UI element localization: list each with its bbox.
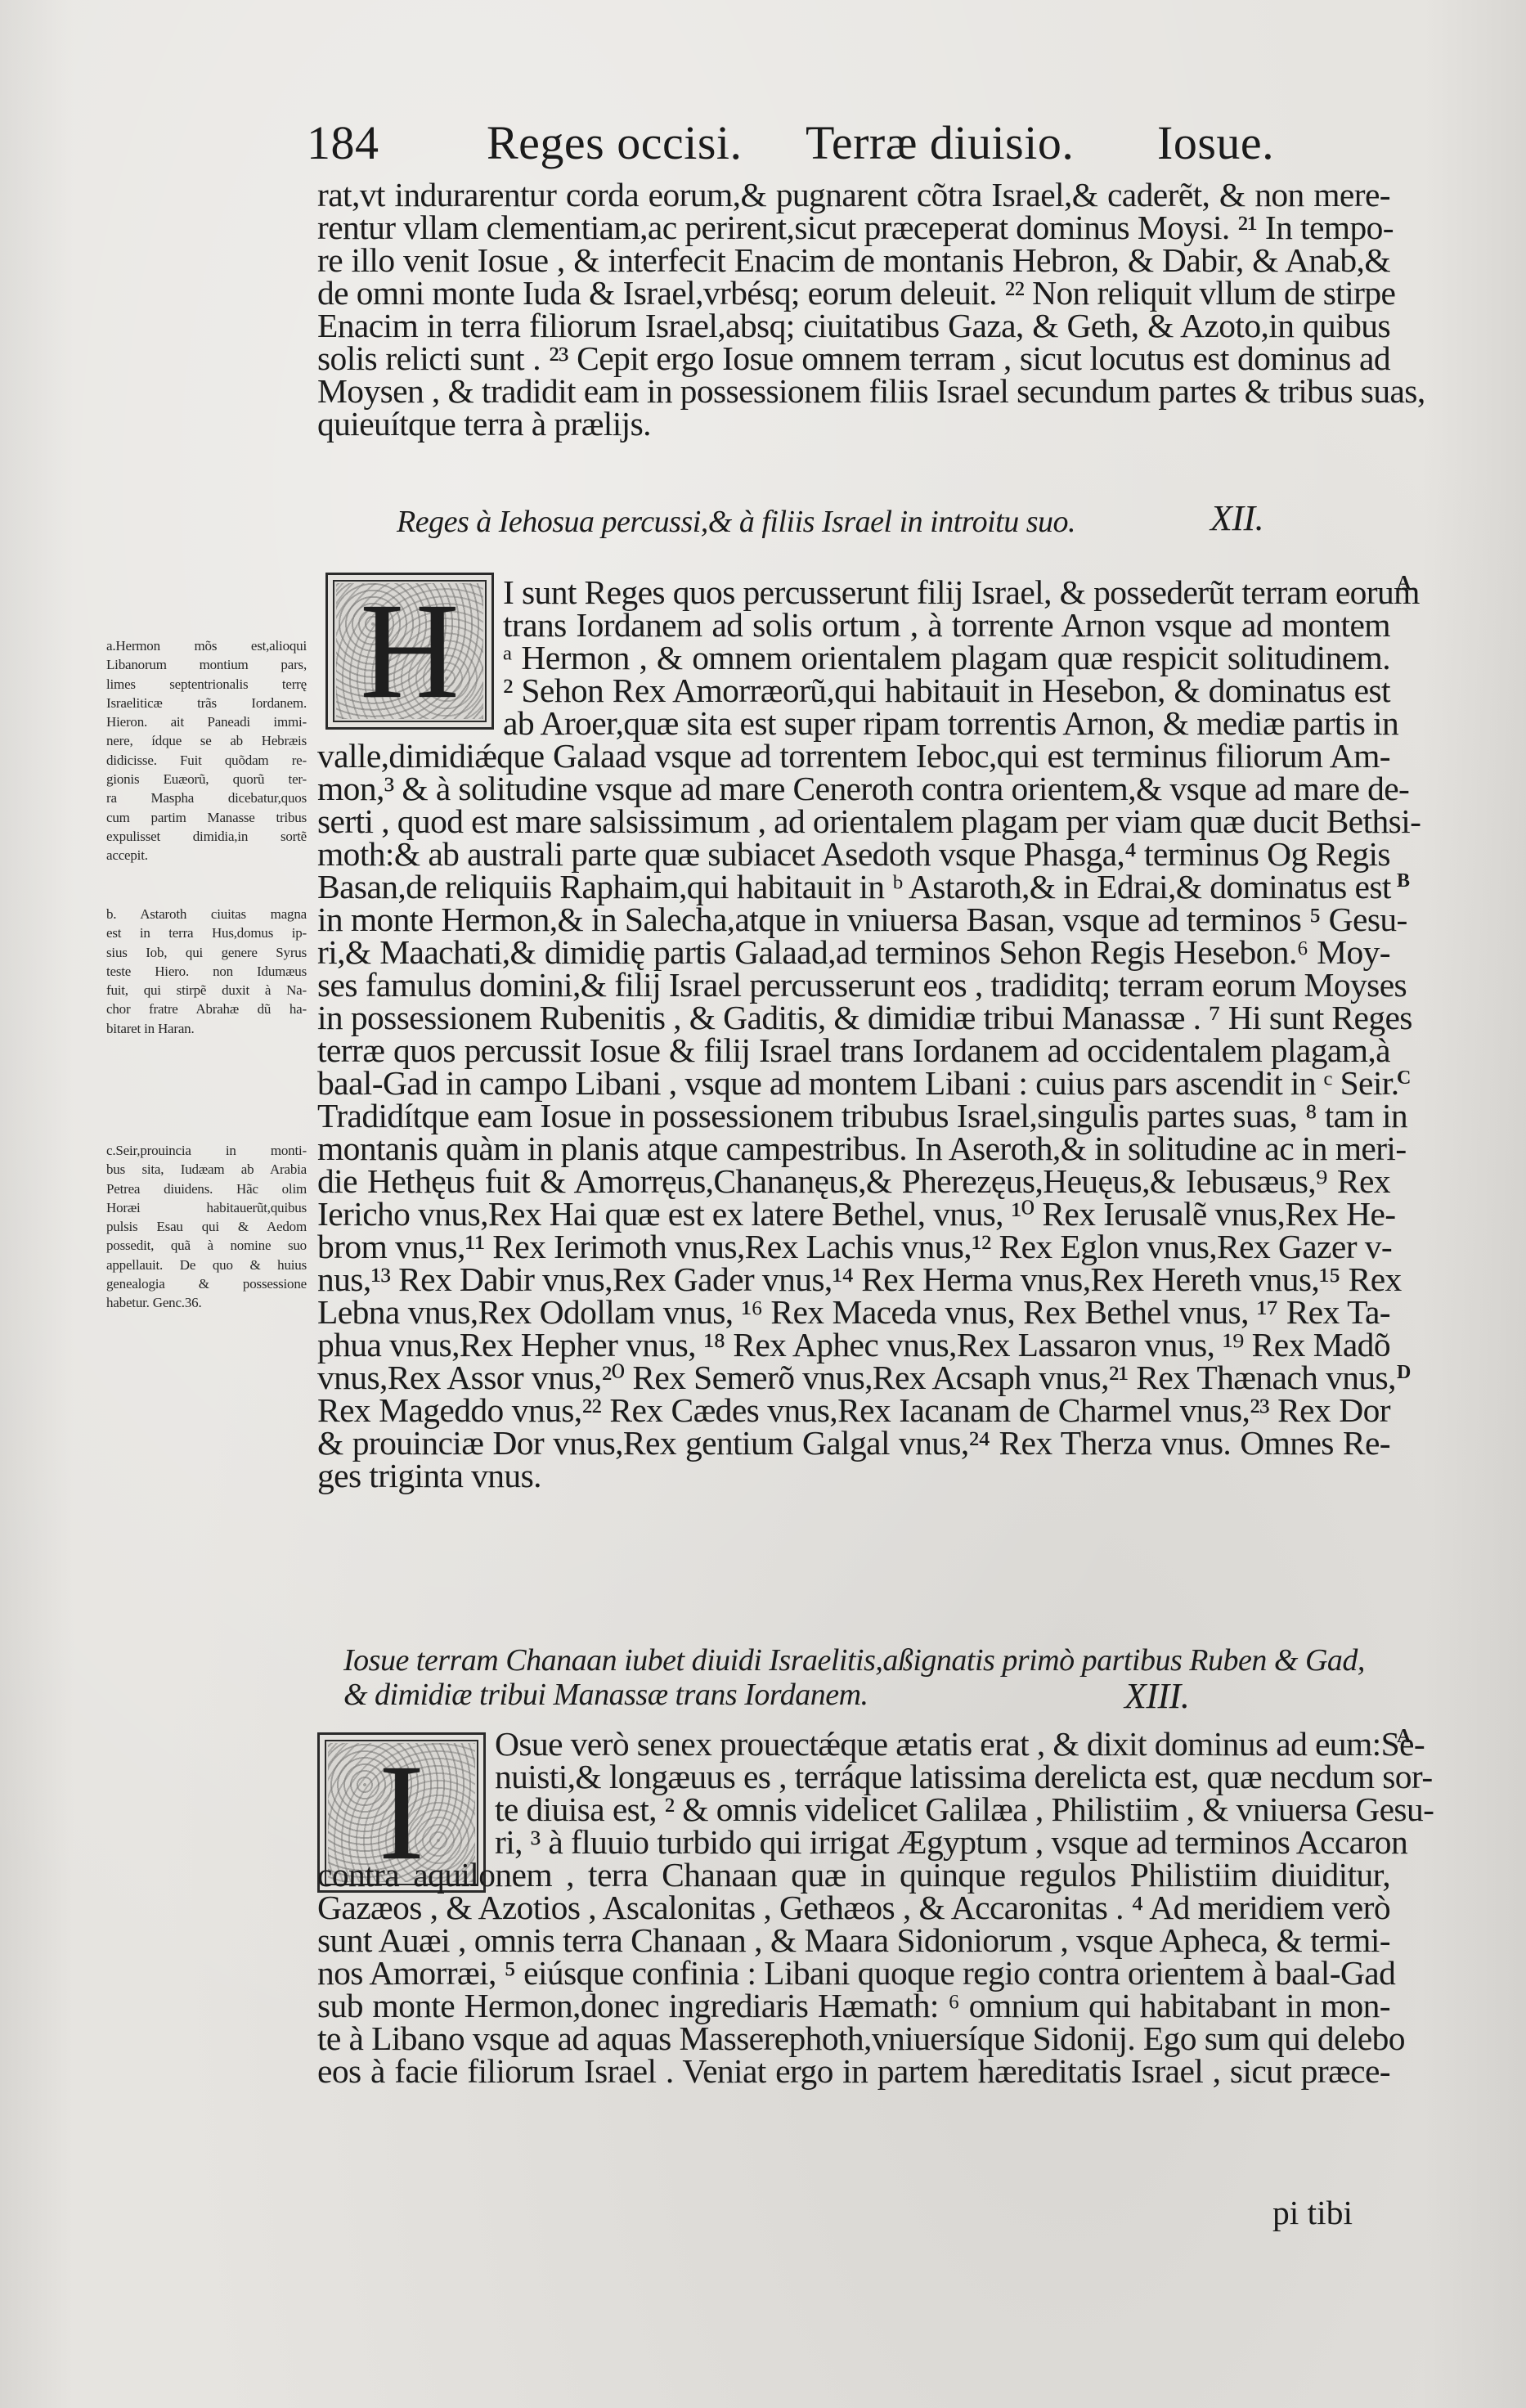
- text-line: in monte Hermon,& in Salecha,atque in vn…: [317, 903, 1390, 936]
- chapter-13-summary-line-1: Iosue terram Chanaan iubet diuidi Israel…: [343, 1644, 1365, 1677]
- text-line: nus,¹³ Rex Dabir vnus,Rex Gader vnus,¹⁴ …: [317, 1263, 1390, 1296]
- text-line: ² Sehon Rex Amorræorũ,qui habitauit in H…: [503, 674, 1390, 707]
- note-line: Horæi habitauerũt,quibus: [106, 1198, 307, 1217]
- margin-note-c: c.Seir,prouincia in monti- bus sita, Iud…: [106, 1141, 307, 1313]
- note-line: chor fratre Abrahæ dũ ha-: [106, 1000, 307, 1018]
- catchword: pi tibi: [1272, 2196, 1353, 2229]
- text-line: contra aquilonem , terra Chanaan quæ in …: [317, 1858, 1390, 1891]
- note-line: teste Hiero. non Idumæus: [106, 962, 307, 981]
- text-line: & prouinciæ Dor vnus,Rex gentium Galgal …: [317, 1426, 1390, 1459]
- chapter-13-opening: Osue verò senex prouectǽque ætatis erat …: [495, 1727, 1390, 1858]
- text-line: trans Iordanem ad solis ortum , à torren…: [503, 609, 1390, 641]
- text-line: Gazæos , & Azotios , Ascalonitas , Gethæ…: [317, 1891, 1390, 1924]
- margin-note-a: a.Hermon mõs est,alioqui Libanorum monti…: [106, 636, 307, 865]
- text-line: rat,vt indurarentur corda eorum,& pugnar…: [317, 178, 1390, 211]
- note-line: cum partim Manasse tribus: [106, 808, 307, 827]
- decorated-initial-h: H: [325, 573, 494, 730]
- text-line: te à Libano vsque ad aquas Masserephoth,…: [317, 2022, 1390, 2055]
- text-line: Iericho vnus,Rex Hai quæ est ex latere B…: [317, 1197, 1390, 1230]
- note-line: fuit, qui stirpẽ duxit à Na-: [106, 981, 307, 1000]
- text-line: te diuisa est, ² & omnis videlicet Galil…: [495, 1793, 1390, 1826]
- text-line: Lebna vnus,Rex Odollam vnus, ¹⁶ Rex Mace…: [317, 1296, 1390, 1328]
- book-page: 184 Reges occisi. Terræ diuisio. Iosue. …: [0, 0, 1526, 2408]
- section-marker-d: D: [1397, 1362, 1412, 1384]
- note-line: didicisse. Fuit quõdam re-: [106, 751, 307, 770]
- note-line: genealogia & possessione: [106, 1274, 307, 1293]
- section-marker-b: B: [1397, 870, 1411, 892]
- note-line: accepit.: [106, 846, 307, 865]
- chapter-11-ending: rat,vt indurarentur corda eorum,& pugnar…: [317, 178, 1390, 440]
- note-line: bus sita, Iudæam ab Arabia: [106, 1160, 307, 1179]
- note-line: habetur. Genc.36.: [106, 1293, 307, 1312]
- chapter-12-summary: Reges à Iehosua percussi,& à filiis Isra…: [397, 505, 1075, 538]
- text-line: nuisti,& longæuus es , terráque latissim…: [495, 1760, 1390, 1793]
- text-line: Osue verò senex prouectǽque ætatis erat …: [495, 1727, 1390, 1760]
- text-line: phua vnus,Rex Hepher vnus, ¹⁸ Rex Aphec …: [317, 1328, 1390, 1361]
- text-line: de omni monte Iuda & Israel,vrbésq; eoru…: [317, 276, 1390, 309]
- chapter-13-number: XIII.: [1124, 1680, 1189, 1713]
- chapter-12-number: XII.: [1210, 502, 1263, 535]
- note-line: c.Seir,prouincia in monti-: [106, 1141, 307, 1160]
- text-line: Moysen , & tradidit eam in possessionem …: [317, 375, 1390, 407]
- running-head: 184 Reges occisi. Terræ diuisio. Iosue.: [307, 115, 1386, 172]
- text-line: Tradidítque eam Iosue in possessionem tr…: [317, 1099, 1390, 1132]
- floral-ornament-icon: [336, 583, 483, 719]
- note-line: Hieron. ait Paneadi immi-: [106, 712, 307, 731]
- text-line: serti , quod est mare salsissimum , ad o…: [317, 805, 1390, 838]
- text-line: ab Aroer,quæ sita est super ripam torren…: [503, 707, 1390, 739]
- section-marker-c: C: [1397, 1067, 1412, 1089]
- text-line: in possessionem Rubenitis , & Gaditis, &…: [317, 1001, 1390, 1034]
- text-line: quieuítque terra à prælijs.: [317, 407, 1390, 440]
- text-line: ᵃ Hermon , & omnem orientalem plagam quæ…: [503, 641, 1390, 674]
- section-marker-a: A: [1397, 573, 1412, 595]
- running-title-right: Iosue.: [1157, 115, 1274, 172]
- note-line: Libanorum montium pars,: [106, 655, 307, 674]
- chapter-13-summary-line-2: & dimidiæ tribui Manassæ trans Iordanem.: [343, 1678, 868, 1711]
- text-line: rentur vllam clementiam,ac perirent,sicu…: [317, 211, 1390, 244]
- text-line: I sunt Reges quos percusserunt filij Isr…: [503, 576, 1390, 609]
- note-line: appellauit. De quo & huius: [106, 1256, 307, 1274]
- note-line: bitaret in Haran.: [106, 1019, 307, 1038]
- chapter-12-opening: I sunt Reges quos percusserunt filij Isr…: [503, 576, 1390, 739]
- note-line: gionis Euæorũ, quorũ ter-: [106, 770, 307, 788]
- text-line: ses famulus domini,& filij Israel percus…: [317, 968, 1390, 1001]
- text-line: solis relicti sunt . ²³ Cepit ergo Iosue…: [317, 342, 1390, 375]
- note-line: nere, ídque se ab Hebræis: [106, 731, 307, 750]
- text-line: die Hethęus fuit & Amorręus,Chananęus,& …: [317, 1165, 1390, 1197]
- text-line: nos Amorræi, ⁵ eiúsque confinia : Libani…: [317, 1956, 1390, 1989]
- chapter-12-body: valle,dimidiǽque Galaad vsque ad torrent…: [317, 739, 1390, 1492]
- text-line: valle,dimidiǽque Galaad vsque ad torrent…: [317, 739, 1390, 772]
- text-line: terræ quos percussit Iosue & filij Israe…: [317, 1034, 1390, 1067]
- text-line: Basan,de reliquiis Raphaim,qui habitauit…: [317, 870, 1390, 903]
- text-line: eos à facie filiorum Israel . Veniat erg…: [317, 2055, 1390, 2087]
- text-line: mon,³ & à solitudine vsque ad mare Cener…: [317, 772, 1390, 805]
- text-line: ges triginta vnus.: [317, 1459, 1390, 1492]
- text-line: brom vnus,¹¹ Rex Ierimoth vnus,Rex Lachi…: [317, 1230, 1390, 1263]
- note-line: ra Maspha dicebatur,quos: [106, 788, 307, 807]
- text-line: moth:& ab australi parte quæ subiacet As…: [317, 838, 1390, 870]
- running-title-left: Reges occisi.: [487, 115, 743, 172]
- note-line: possedit, quã à nomine suo: [106, 1236, 307, 1255]
- page-number: 184: [307, 115, 379, 172]
- text-line: re illo venit Iosue , & interfecit Enaci…: [317, 244, 1390, 276]
- note-line: Petrea diuidens. Hãc olim: [106, 1179, 307, 1198]
- text-line: Rex Mageddo vnus,²² Rex Cædes vnus,Rex I…: [317, 1394, 1390, 1426]
- section-marker-a-2: A: [1397, 1726, 1412, 1748]
- text-line: vnus,Rex Assor vnus,²⁰ Rex Semerõ vnus,R…: [317, 1361, 1390, 1394]
- chapter-13-body: contra aquilonem , terra Chanaan quæ in …: [317, 1858, 1390, 2087]
- note-line: expulisset dimidia,in sortẽ: [106, 827, 307, 846]
- note-line: Israeliticæ trãs Iordanem.: [106, 694, 307, 712]
- note-line: b. Astaroth ciuitas magna: [106, 905, 307, 923]
- note-line: pulsis Esau qui & Aedom: [106, 1217, 307, 1236]
- note-line: a.Hermon mõs est,alioqui: [106, 636, 307, 655]
- text-line: ri, ³ à fluuio turbido qui irrigat Ægypt…: [495, 1826, 1390, 1858]
- text-line: sunt Auæi , omnis terra Chanaan , & Maar…: [317, 1924, 1390, 1956]
- note-line: sius Iob, qui genere Syrus: [106, 943, 307, 962]
- note-line: est in terra Hus,domus ip-: [106, 923, 307, 942]
- text-line: ri,& Maachati,& dimidię partis Galaad,ad…: [317, 936, 1390, 968]
- text-line: sub monte Hermon,donec ingrediaris Hæmat…: [317, 1989, 1390, 2022]
- text-line: Enacim in terra filiorum Israel,absq; ci…: [317, 309, 1390, 342]
- text-line: montanis quàm in planis atque campestrib…: [317, 1132, 1390, 1165]
- running-title-center: Terræ diuisio.: [806, 115, 1074, 172]
- text-line: baal-Gad in campo Libani , vsque ad mont…: [317, 1067, 1390, 1099]
- note-line: limes septentrionalis terrę: [106, 675, 307, 694]
- margin-note-b: b. Astaroth ciuitas magna est in terra H…: [106, 905, 307, 1038]
